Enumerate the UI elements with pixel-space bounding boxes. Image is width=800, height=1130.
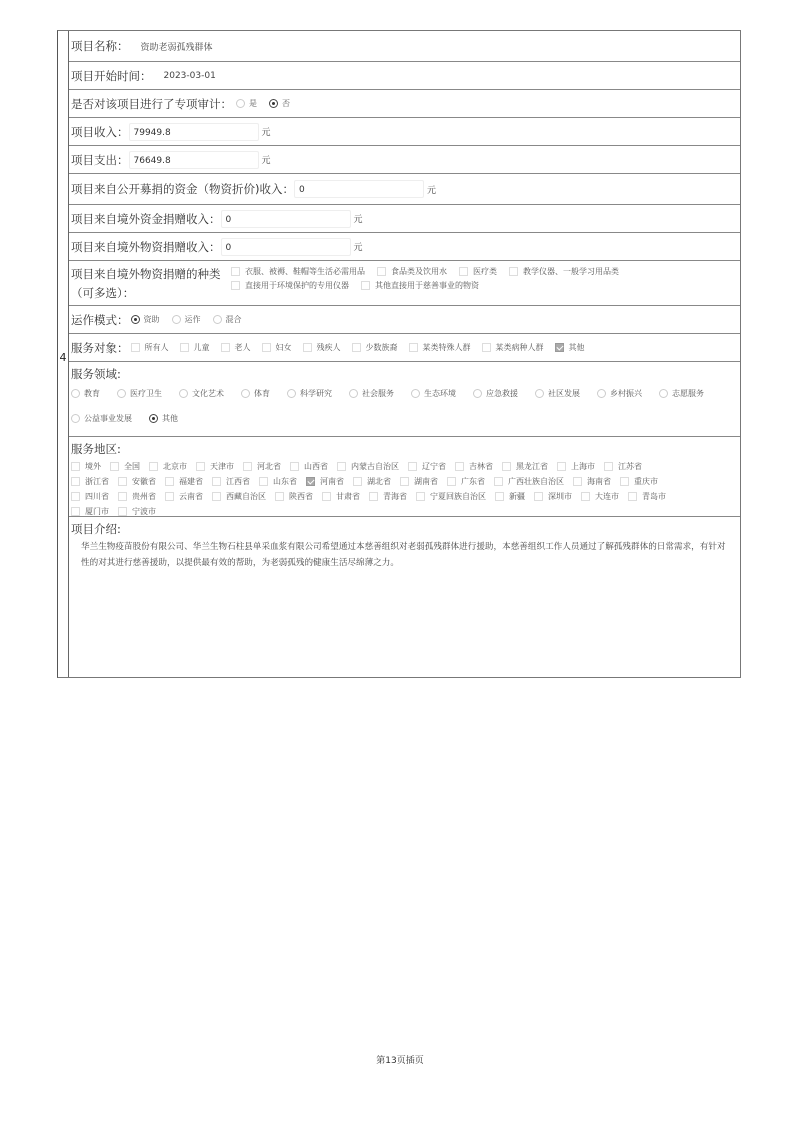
- option-label: 浙江省: [85, 476, 109, 487]
- option-label: 衣服、被褥、鞋帽等生活必需用品: [245, 266, 365, 277]
- introduction-text: 华兰生物疫苗股份有限公司、华兰生物石柱县单采血浆有限公司希望通过本慈善组织对老弱…: [71, 537, 738, 571]
- checkbox-unchecked-icon[interactable]: [149, 462, 158, 471]
- radio-unselected-icon[interactable]: [71, 414, 80, 423]
- checkbox-unchecked-icon[interactable]: [409, 343, 418, 352]
- radio-unselected-icon[interactable]: [179, 389, 188, 398]
- option-label: 江苏省: [618, 461, 642, 472]
- service-region-line: 浙江省安徽省福建省江西省山东省河南省湖北省湖南省广东省广西壮族自治区海南省重庆市: [71, 474, 738, 489]
- checkbox-unchecked-icon[interactable]: [196, 462, 205, 471]
- service-region-option-0-2[interactable]: 北京市: [149, 461, 187, 472]
- service-region-block: 服务地区: 境外全国北京市天津市河北省山西省内蒙古自治区辽宁省吉林省黑龙江省上海…: [69, 437, 740, 517]
- option-label: 广东省: [461, 476, 485, 487]
- option-label: 医疗类: [473, 266, 497, 277]
- service-region-option-1-4[interactable]: 山东省: [259, 476, 297, 487]
- service-field-block: 服务领域: 教育医疗卫生文化艺术体育科学研究社会服务生态环境应急救援社区发展乡村…: [69, 362, 740, 437]
- public-fund-row: 项目来自公开募捐的资金（物资折价)收入： 0 元: [69, 174, 740, 205]
- option-label: 大连市: [595, 491, 619, 502]
- goods-type-row: 项目来自境外物资捐赠的种类 （可多选）： 衣服、被褥、鞋帽等生活必需用品食品类及…: [69, 261, 740, 306]
- audit-row: 是否对该项目进行了专项审计： 是否: [69, 90, 740, 118]
- service-region-option-2-10[interactable]: 大连市: [581, 491, 619, 502]
- service-target-row: 服务对象： 所有人儿童老人妇女残疾人少数族裔某类特殊人群某类病种人群其他: [69, 334, 740, 362]
- foreign-goods-row: 项目来自境外物资捐赠收入： 0 元: [69, 233, 740, 261]
- foreign-goods-label: 项目来自境外物资捐赠收入：: [71, 239, 221, 255]
- project-name-value: 资助老弱孤残群体: [141, 40, 213, 53]
- service-field-option-4[interactable]: 科学研究: [287, 388, 332, 399]
- option-label: 医疗卫生: [130, 388, 162, 399]
- checkbox-unchecked-icon[interactable]: [604, 462, 613, 471]
- radio-unselected-icon[interactable]: [213, 315, 222, 324]
- option-label: 宁夏回族自治区: [430, 491, 486, 502]
- checkbox-unchecked-icon[interactable]: [118, 507, 127, 516]
- goods-type-option-5[interactable]: 其他直接用于慈善事业的物资: [361, 280, 479, 291]
- public-fund-input[interactable]: 0: [294, 180, 424, 198]
- service-region-option-2-5[interactable]: 甘肃省: [322, 491, 360, 502]
- goods-type-options: 衣服、被褥、鞋帽等生活必需用品食品类及饮用水医疗类教学仪器、一般学习用品类直接用…: [231, 266, 681, 291]
- option-label: 某类病种人群: [496, 342, 544, 353]
- service-target-option-7[interactable]: 某类病种人群: [482, 342, 544, 353]
- checkbox-unchecked-icon[interactable]: [337, 462, 346, 471]
- operation-mode-option-1[interactable]: 运作: [172, 314, 201, 325]
- option-label: 江西省: [226, 476, 250, 487]
- option-label: 厦门市: [85, 506, 109, 517]
- project-name-label: 项目名称：: [71, 38, 129, 54]
- checkbox-unchecked-icon[interactable]: [352, 343, 361, 352]
- checkbox-unchecked-icon[interactable]: [290, 462, 299, 471]
- checkbox-unchecked-icon[interactable]: [369, 492, 378, 501]
- service-region-option-1-3[interactable]: 江西省: [212, 476, 250, 487]
- checkbox-unchecked-icon[interactable]: [243, 462, 252, 471]
- option-label: 混合: [226, 314, 242, 325]
- service-target-option-8[interactable]: 其他: [555, 342, 585, 353]
- service-region-option-0-0[interactable]: 境外: [71, 461, 101, 472]
- option-label: 山西省: [304, 461, 328, 472]
- service-region-option-1-10[interactable]: 海南省: [573, 476, 611, 487]
- service-region-option-2-8[interactable]: 新疆: [495, 491, 525, 502]
- service-field-option-6[interactable]: 生态环境: [411, 388, 456, 399]
- option-label: 直接用于环境保护的专用仪器: [245, 280, 349, 291]
- goods-type-label-line1: 项目来自境外物资捐赠的种类: [71, 266, 231, 282]
- service-target-option-5[interactable]: 少数族裔: [352, 342, 398, 353]
- option-label: 重庆市: [634, 476, 658, 487]
- option-label: 社会服务: [362, 388, 394, 399]
- checkbox-unchecked-icon[interactable]: [494, 477, 503, 486]
- foreign-goods-input[interactable]: 0: [221, 238, 351, 256]
- foreign-fund-label: 项目来自境外资金捐赠收入：: [71, 211, 221, 227]
- option-label: 公益事业发展: [84, 413, 132, 424]
- option-label: 否: [282, 98, 290, 109]
- start-time-label: 项目开始时间：: [71, 68, 152, 84]
- option-label: 其他: [569, 342, 585, 353]
- option-label: 辽宁省: [422, 461, 446, 472]
- audit-option-0[interactable]: 是: [236, 98, 257, 109]
- checkbox-unchecked-icon[interactable]: [377, 267, 386, 276]
- service-region-option-1-0[interactable]: 浙江省: [71, 476, 109, 487]
- option-label: 其他直接用于慈善事业的物资: [375, 280, 479, 291]
- radio-unselected-icon[interactable]: [597, 389, 606, 398]
- foreign-fund-row: 项目来自境外资金捐赠收入： 0 元: [69, 205, 740, 233]
- operation-mode-options: 资助运作混合: [131, 314, 254, 325]
- checkbox-unchecked-icon[interactable]: [180, 343, 189, 352]
- income-unit: 元: [262, 125, 271, 138]
- service-field-option-11[interactable]: 公益事业发展: [71, 413, 132, 424]
- option-label: 乡村振兴: [610, 388, 642, 399]
- option-label: 陕西省: [289, 491, 313, 502]
- radio-unselected-icon[interactable]: [287, 389, 296, 398]
- option-label: 老人: [235, 342, 251, 353]
- option-label: 妇女: [276, 342, 292, 353]
- income-label: 项目收入：: [71, 124, 129, 140]
- operation-mode-label: 运作模式：: [71, 312, 129, 328]
- service-target-option-0[interactable]: 所有人: [131, 342, 169, 353]
- service-field-option-2[interactable]: 文化艺术: [179, 388, 224, 399]
- checkbox-unchecked-icon[interactable]: [118, 492, 127, 501]
- service-region-option-1-9[interactable]: 广西壮族自治区: [494, 476, 564, 487]
- option-label: 安徽省: [132, 476, 156, 487]
- option-label: 湖北省: [367, 476, 391, 487]
- option-label: 天津市: [210, 461, 234, 472]
- goods-type-option-1[interactable]: 食品类及饮用水: [377, 266, 447, 277]
- option-label: 社区发展: [548, 388, 580, 399]
- option-label: 科学研究: [300, 388, 332, 399]
- service-region-option-1-1[interactable]: 安徽省: [118, 476, 156, 487]
- checkbox-unchecked-icon[interactable]: [502, 462, 511, 471]
- operation-mode-option-0[interactable]: 资助: [131, 314, 160, 325]
- option-label: 生态环境: [424, 388, 456, 399]
- service-field-option-3[interactable]: 体育: [241, 388, 270, 399]
- radio-unselected-icon[interactable]: [241, 389, 250, 398]
- goods-type-option-3[interactable]: 教学仪器、一般学习用品类: [509, 266, 619, 277]
- service-region-option-0-8[interactable]: 吉林省: [455, 461, 493, 472]
- option-label: 湖南省: [414, 476, 438, 487]
- expense-input[interactable]: 76649.8: [129, 151, 259, 169]
- option-label: 海南省: [587, 476, 611, 487]
- checkbox-unchecked-icon[interactable]: [361, 281, 370, 290]
- checkbox-checked-icon[interactable]: [555, 343, 564, 352]
- project-form-table: 4 项目名称： 资助老弱孤残群体 项目开始时间： 2023-03-01 是否对该…: [57, 30, 741, 678]
- option-label: 教育: [84, 388, 100, 399]
- option-label: 文化艺术: [192, 388, 224, 399]
- service-target-option-3[interactable]: 妇女: [262, 342, 292, 353]
- service-region-options: 境外全国北京市天津市河北省山西省内蒙古自治区辽宁省吉林省黑龙江省上海市江苏省浙江…: [71, 459, 738, 519]
- radio-unselected-icon[interactable]: [117, 389, 126, 398]
- service-field-option-7[interactable]: 应急救援: [473, 388, 518, 399]
- public-fund-label: 项目来自公开募捐的资金（物资折价)收入：: [71, 181, 294, 197]
- option-label: 残疾人: [317, 342, 341, 353]
- checkbox-unchecked-icon[interactable]: [573, 477, 582, 486]
- service-region-option-2-1[interactable]: 贵州省: [118, 491, 156, 502]
- service-region-option-0-6[interactable]: 内蒙古自治区: [337, 461, 399, 472]
- page-footer: 第13页插页: [0, 1053, 800, 1066]
- service-region-option-1-8[interactable]: 广东省: [447, 476, 485, 487]
- option-label: 山东省: [273, 476, 297, 487]
- audit-label: 是否对该项目进行了专项审计：: [71, 96, 232, 112]
- option-label: 志愿服务: [672, 388, 704, 399]
- service-field-option-0[interactable]: 教育: [71, 388, 100, 399]
- option-label: 资助: [144, 314, 160, 325]
- service-region-option-0-9[interactable]: 黑龙江省: [502, 461, 548, 472]
- goods-type-label-line2: （可多选）：: [71, 285, 231, 301]
- option-label: 贵州省: [132, 491, 156, 502]
- form-content: 项目名称： 资助老弱孤残群体 项目开始时间： 2023-03-01 是否对该项目…: [69, 31, 740, 677]
- service-region-option-1-6[interactable]: 湖北省: [353, 476, 391, 487]
- goods-type-option-0[interactable]: 衣服、被褥、鞋帽等生活必需用品: [231, 266, 365, 277]
- checkbox-unchecked-icon[interactable]: [231, 281, 240, 290]
- radio-unselected-icon[interactable]: [71, 389, 80, 398]
- service-region-option-0-11[interactable]: 江苏省: [604, 461, 642, 472]
- service-target-option-4[interactable]: 残疾人: [303, 342, 341, 353]
- checkbox-unchecked-icon[interactable]: [131, 343, 140, 352]
- option-label: 应急救援: [486, 388, 518, 399]
- option-label: 其他: [162, 413, 178, 424]
- checkbox-unchecked-icon[interactable]: [259, 477, 268, 486]
- option-label: 境外: [85, 461, 101, 472]
- service-region-option-2-3[interactable]: 西藏自治区: [212, 491, 266, 502]
- option-label: 青海省: [383, 491, 407, 502]
- operation-mode-option-2[interactable]: 混合: [213, 314, 242, 325]
- row-number-column: 4: [58, 31, 69, 677]
- income-row: 项目收入： 79949.8 元: [69, 118, 740, 146]
- checkbox-unchecked-icon[interactable]: [447, 477, 456, 486]
- option-label: 吉林省: [469, 461, 493, 472]
- expense-unit: 元: [262, 153, 271, 166]
- option-label: 新疆: [509, 491, 525, 502]
- option-label: 河南省: [320, 476, 344, 487]
- radio-unselected-icon[interactable]: [236, 99, 245, 108]
- service-field-label: 服务领域:: [71, 366, 738, 382]
- option-label: 甘肃省: [336, 491, 360, 502]
- option-label: 河北省: [257, 461, 281, 472]
- checkbox-unchecked-icon[interactable]: [212, 492, 221, 501]
- checkbox-unchecked-icon[interactable]: [628, 492, 637, 501]
- introduction-block: 项目介绍: 华兰生物疫苗股份有限公司、华兰生物石柱县单采血浆有限公司希望通过本慈…: [69, 517, 740, 575]
- checkbox-unchecked-icon[interactable]: [221, 343, 230, 352]
- checkbox-unchecked-icon[interactable]: [212, 477, 221, 486]
- start-time-value: 2023-03-01: [164, 71, 216, 81]
- option-label: 云南省: [179, 491, 203, 502]
- option-label: 北京市: [163, 461, 187, 472]
- checkbox-unchecked-icon[interactable]: [620, 477, 629, 486]
- option-label: 福建省: [179, 476, 203, 487]
- checkbox-unchecked-icon[interactable]: [400, 477, 409, 486]
- service-region-option-1-11[interactable]: 重庆市: [620, 476, 658, 487]
- public-fund-unit: 元: [427, 183, 436, 196]
- radio-selected-icon[interactable]: [149, 414, 158, 423]
- foreign-fund-input[interactable]: 0: [221, 210, 351, 228]
- service-region-option-0-5[interactable]: 山西省: [290, 461, 328, 472]
- goods-type-option-2[interactable]: 医疗类: [459, 266, 497, 277]
- option-label: 深圳市: [548, 491, 572, 502]
- service-region-option-2-0[interactable]: 四川省: [71, 491, 109, 502]
- radio-unselected-icon[interactable]: [535, 389, 544, 398]
- checkbox-unchecked-icon[interactable]: [71, 507, 80, 516]
- checkbox-unchecked-icon[interactable]: [262, 343, 271, 352]
- service-field-option-12[interactable]: 其他: [149, 413, 178, 424]
- service-region-line: 境外全国北京市天津市河北省山西省内蒙古自治区辽宁省吉林省黑龙江省上海市江苏省: [71, 459, 738, 474]
- checkbox-unchecked-icon[interactable]: [534, 492, 543, 501]
- service-target-option-2[interactable]: 老人: [221, 342, 251, 353]
- service-field-option-5[interactable]: 社会服务: [349, 388, 394, 399]
- operation-mode-row: 运作模式： 资助运作混合: [69, 306, 740, 334]
- option-label: 黑龙江省: [516, 461, 548, 472]
- checkbox-unchecked-icon[interactable]: [581, 492, 590, 501]
- checkbox-unchecked-icon[interactable]: [231, 267, 240, 276]
- checkbox-unchecked-icon[interactable]: [408, 462, 417, 471]
- goods-type-label: 项目来自境外物资捐赠的种类 （可多选）：: [71, 266, 231, 301]
- service-region-line: 四川省贵州省云南省西藏自治区陕西省甘肃省青海省宁夏回族自治区新疆深圳市大连市青岛…: [71, 489, 738, 504]
- audit-options: 是否: [236, 98, 302, 109]
- checkbox-unchecked-icon[interactable]: [165, 492, 174, 501]
- option-label: 宁波市: [132, 506, 156, 517]
- service-target-options: 所有人儿童老人妇女残疾人少数族裔某类特殊人群某类病种人群其他: [131, 342, 596, 353]
- service-region-option-0-3[interactable]: 天津市: [196, 461, 234, 472]
- option-label: 某类特殊人群: [423, 342, 471, 353]
- service-region-label: 服务地区:: [71, 441, 738, 457]
- checkbox-unchecked-icon[interactable]: [482, 343, 491, 352]
- option-label: 少数族裔: [366, 342, 398, 353]
- service-region-option-2-6[interactable]: 青海省: [369, 491, 407, 502]
- checkbox-unchecked-icon[interactable]: [71, 462, 80, 471]
- checkbox-unchecked-icon[interactable]: [71, 477, 80, 486]
- option-label: 内蒙古自治区: [351, 461, 399, 472]
- service-region-option-2-11[interactable]: 青岛市: [628, 491, 666, 502]
- service-target-option-1[interactable]: 儿童: [180, 342, 210, 353]
- option-label: 是: [249, 98, 257, 109]
- service-region-option-0-10[interactable]: 上海市: [557, 461, 595, 472]
- service-field-options: 教育医疗卫生文化艺术体育科学研究社会服务生态环境应急救援社区发展乡村振兴志愿服务…: [71, 388, 731, 424]
- checkbox-unchecked-icon[interactable]: [495, 492, 504, 501]
- service-field-option-8[interactable]: 社区发展: [535, 388, 580, 399]
- service-field-option-1[interactable]: 医疗卫生: [117, 388, 162, 399]
- option-label: 运作: [185, 314, 201, 325]
- checkbox-unchecked-icon[interactable]: [275, 492, 284, 501]
- project-name-row: 项目名称： 资助老弱孤残群体: [69, 31, 740, 62]
- checkbox-unchecked-icon[interactable]: [459, 267, 468, 276]
- service-region-option-3-1[interactable]: 宁波市: [118, 506, 156, 517]
- radio-unselected-icon[interactable]: [172, 315, 181, 324]
- service-field-option-10[interactable]: 志愿服务: [659, 388, 704, 399]
- audit-option-1[interactable]: 否: [269, 98, 290, 109]
- service-region-option-2-7[interactable]: 宁夏回族自治区: [416, 491, 486, 502]
- checkbox-unchecked-icon[interactable]: [509, 267, 518, 276]
- checkbox-checked-icon[interactable]: [306, 477, 315, 486]
- option-label: 儿童: [194, 342, 210, 353]
- option-label: 西藏自治区: [226, 491, 266, 502]
- checkbox-unchecked-icon[interactable]: [416, 492, 425, 501]
- checkbox-unchecked-icon[interactable]: [118, 477, 127, 486]
- radio-unselected-icon[interactable]: [349, 389, 358, 398]
- start-time-row: 项目开始时间： 2023-03-01: [69, 62, 740, 90]
- checkbox-unchecked-icon[interactable]: [110, 462, 119, 471]
- foreign-goods-unit: 元: [354, 240, 363, 253]
- option-label: 广西壮族自治区: [508, 476, 564, 487]
- row-number: 4: [58, 351, 68, 364]
- goods-type-option-4[interactable]: 直接用于环境保护的专用仪器: [231, 280, 349, 291]
- foreign-fund-unit: 元: [354, 212, 363, 225]
- service-region-option-2-4[interactable]: 陕西省: [275, 491, 313, 502]
- option-label: 所有人: [145, 342, 169, 353]
- option-label: 青岛市: [642, 491, 666, 502]
- service-region-option-1-7[interactable]: 湖南省: [400, 476, 438, 487]
- checkbox-unchecked-icon[interactable]: [303, 343, 312, 352]
- service-region-option-2-2[interactable]: 云南省: [165, 491, 203, 502]
- radio-selected-icon[interactable]: [269, 99, 278, 108]
- service-region-option-1-2[interactable]: 福建省: [165, 476, 203, 487]
- radio-unselected-icon[interactable]: [659, 389, 668, 398]
- expense-label: 项目支出：: [71, 152, 129, 168]
- option-label: 四川省: [85, 491, 109, 502]
- radio-selected-icon[interactable]: [131, 315, 140, 324]
- service-region-option-1-5[interactable]: 河南省: [306, 476, 344, 487]
- service-field-option-9[interactable]: 乡村振兴: [597, 388, 642, 399]
- checkbox-unchecked-icon[interactable]: [455, 462, 464, 471]
- introduction-label: 项目介绍:: [71, 521, 738, 537]
- checkbox-unchecked-icon[interactable]: [322, 492, 331, 501]
- option-label: 全国: [124, 461, 140, 472]
- service-target-option-6[interactable]: 某类特殊人群: [409, 342, 471, 353]
- expense-row: 项目支出： 76649.8 元: [69, 146, 740, 174]
- radio-unselected-icon[interactable]: [411, 389, 420, 398]
- checkbox-unchecked-icon[interactable]: [353, 477, 362, 486]
- service-target-label: 服务对象：: [71, 340, 129, 356]
- service-region-option-2-9[interactable]: 深圳市: [534, 491, 572, 502]
- service-region-option-3-0[interactable]: 厦门市: [71, 506, 109, 517]
- radio-unselected-icon[interactable]: [473, 389, 482, 398]
- option-label: 体育: [254, 388, 270, 399]
- option-label: 食品类及饮用水: [391, 266, 447, 277]
- service-region-option-0-1[interactable]: 全国: [110, 461, 140, 472]
- checkbox-unchecked-icon[interactable]: [165, 477, 174, 486]
- service-region-option-0-4[interactable]: 河北省: [243, 461, 281, 472]
- checkbox-unchecked-icon[interactable]: [71, 492, 80, 501]
- income-input[interactable]: 79949.8: [129, 123, 259, 141]
- service-region-option-0-7[interactable]: 辽宁省: [408, 461, 446, 472]
- option-label: 上海市: [571, 461, 595, 472]
- checkbox-unchecked-icon[interactable]: [557, 462, 566, 471]
- option-label: 教学仪器、一般学习用品类: [523, 266, 619, 277]
